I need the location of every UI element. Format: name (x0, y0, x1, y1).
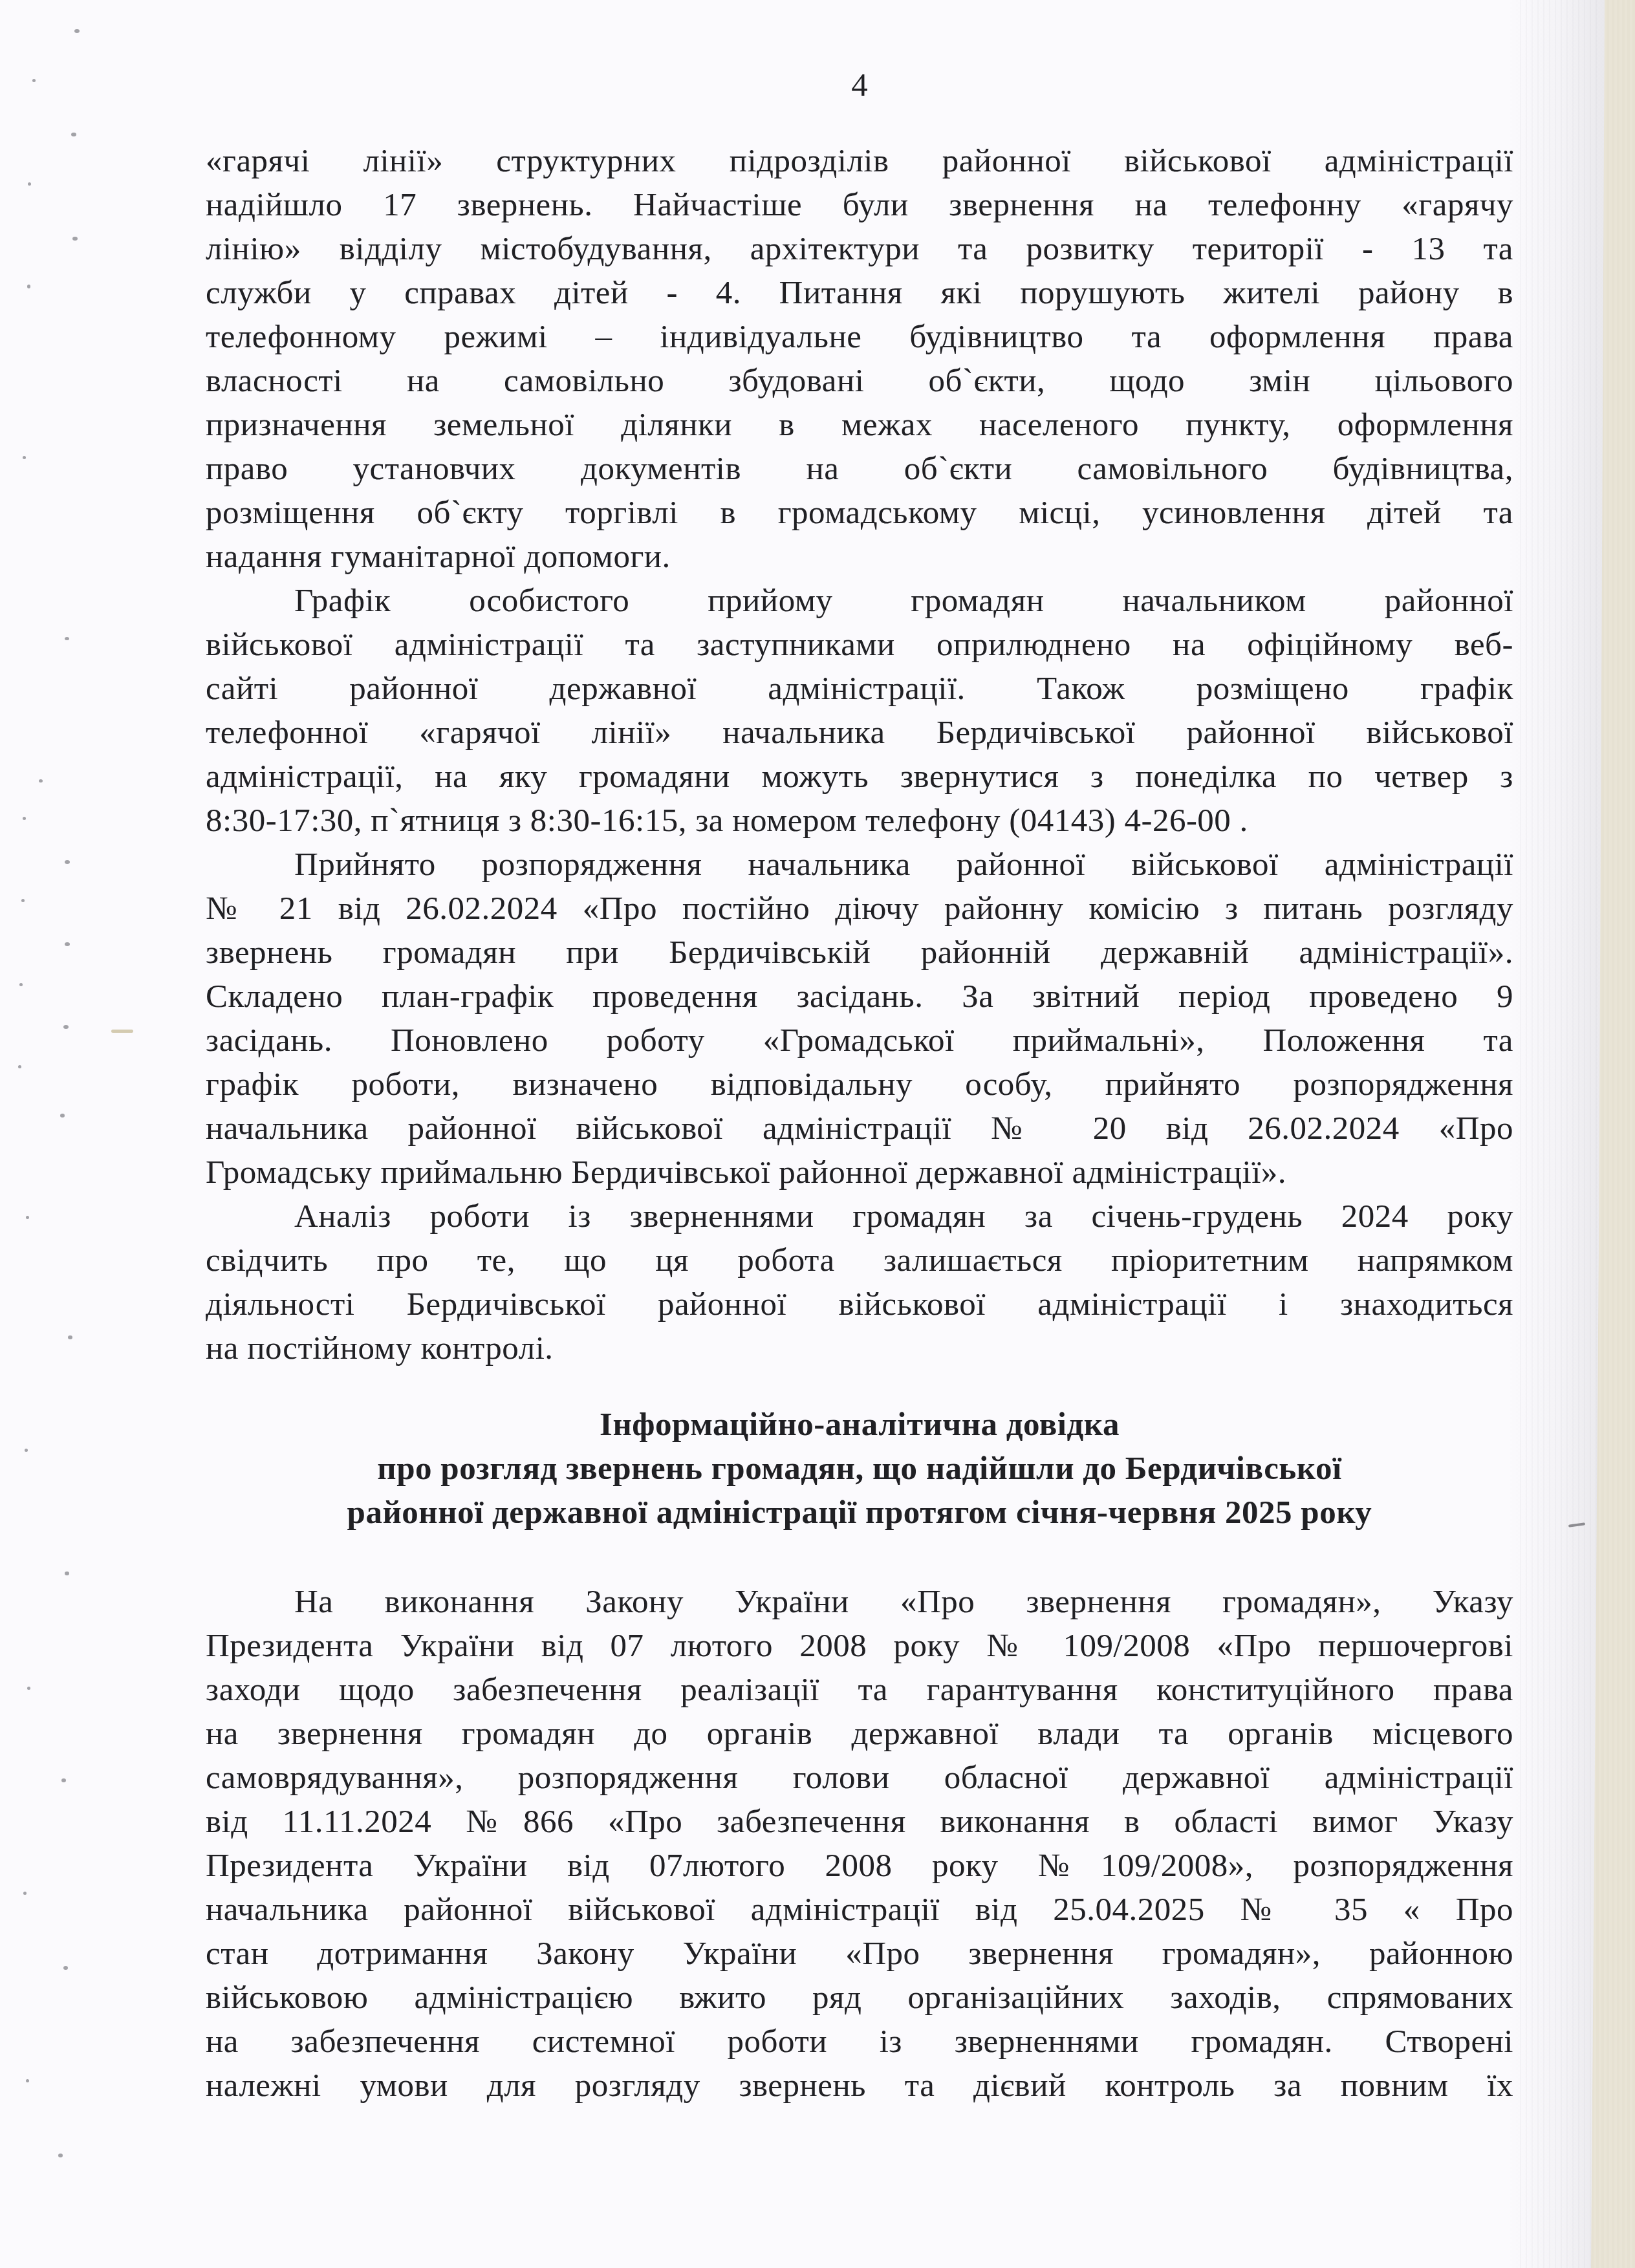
ink-speckle (32, 79, 36, 82)
text-line: діяльності Бердичівської районної військ… (206, 1282, 1513, 1326)
text-line: Графік особистого прийому громадян начал… (206, 579, 1513, 623)
ink-speckle (65, 637, 69, 640)
text-line: № 21 від 26.02.2024 «Про постійно діючу … (206, 887, 1513, 931)
paragraph: Прийнято розпорядження начальника районн… (206, 843, 1513, 1194)
ink-speckle (26, 1216, 29, 1219)
text-line: право установчих документів на об`єкти с… (206, 447, 1513, 491)
ink-speckle (63, 1966, 68, 1970)
ink-speckle (60, 1114, 65, 1118)
text-line: Прийнято розпорядження начальника районн… (206, 843, 1513, 887)
ink-speckle (23, 817, 26, 820)
ink-speckle (26, 2079, 29, 2082)
paragraph: «гарячі лінії» структурних підрозділів р… (206, 139, 1513, 579)
ink-speckle (21, 899, 25, 902)
text-line: надійшло 17 звернень. Найчастіше були зв… (206, 183, 1513, 227)
text-line: засідань. Поновлено роботу «Громадської … (206, 1019, 1513, 1063)
text-line: військовою адміністрацією вжито ряд орга… (206, 1976, 1513, 2020)
text-line: лінію» відділу містобудування, архітекту… (206, 227, 1513, 271)
page-edge-shadow (1507, 0, 1610, 2268)
ink-speckle (18, 1065, 21, 1068)
ink-speckle (68, 1335, 72, 1339)
ink-speckle (27, 285, 30, 288)
text-line: надання гуманітарної допомоги. (206, 535, 1513, 579)
paragraph: Графік особистого прийому громадян начал… (206, 579, 1513, 843)
text-line: Громадську приймальню Бердичівської райо… (206, 1150, 1513, 1194)
text-line: адміністрації, на яку громадяни можуть з… (206, 755, 1513, 799)
ink-speckle (63, 1025, 69, 1029)
text-line: на забезпечення системної роботи із звер… (206, 2020, 1513, 2064)
ink-speckle (65, 860, 70, 864)
ink-speckle (58, 2154, 63, 2157)
text-line: власності на самовільно збудовані об`єкт… (206, 359, 1513, 403)
text-line: Складено план-графік проведення засідань… (206, 975, 1513, 1019)
text-line: Інформаційно-аналітична довідка (206, 1403, 1513, 1447)
text-line: військової адміністрації та заступниками… (206, 623, 1513, 667)
text-line: Президента України від 07 лютого 2008 ро… (206, 1624, 1513, 1668)
text-line: начальника районної військової адміністр… (206, 1107, 1513, 1150)
text-line: від 11.11.2024 №866 «Про забезпечення ви… (206, 1800, 1513, 1844)
section-heading: Інформаційно-аналітична довідкапро розгл… (206, 1403, 1513, 1535)
document-body: «гарячі лінії» структурних підрозділів р… (206, 139, 1513, 2108)
text-line: Президента України від 07лютого 2008 рок… (206, 1844, 1513, 1888)
ink-speckle (19, 983, 23, 986)
text-line: на звернення громадян до органів державн… (206, 1712, 1513, 1756)
text-line: заходи щодо забезпечення реалізації та г… (206, 1668, 1513, 1712)
text-line: самоврядування», розпорядження голови об… (206, 1756, 1513, 1800)
page-number: 4 (206, 63, 1513, 107)
ink-speckle (72, 237, 78, 241)
ink-speckle (27, 1687, 30, 1690)
text-line: звернень громадян при Бердичівській райо… (206, 931, 1513, 975)
text-line: телефонної «гарячої лінії» начальника Бе… (206, 711, 1513, 755)
text-line: про розгляд звернень громадян, що надійш… (206, 1447, 1513, 1491)
text-line: начальника районної військової адміністр… (206, 1888, 1513, 1932)
text-line: Аналіз роботи із зверненнями громадян за… (206, 1194, 1513, 1238)
text-line: На виконання Закону України «Про звернен… (206, 1580, 1513, 1624)
ink-speckle (61, 1778, 66, 1782)
text-line: 8:30-17:30, п`ятниця з 8:30-16:15, за но… (206, 799, 1513, 843)
ink-speckle (65, 1571, 69, 1575)
text-line: графік роботи, визначено відповідальну о… (206, 1063, 1513, 1107)
ink-speckle (28, 182, 31, 186)
ink-speckle (71, 133, 76, 136)
scanned-document: { "colors": { "paper": "#fbfafd", "scann… (0, 0, 1635, 2268)
text-line: сайті районної державної адміністрації. … (206, 667, 1513, 711)
text-line: служби у справах дітей - 4. Питання які … (206, 271, 1513, 315)
paragraph: Аналіз роботи із зверненнями громадян за… (206, 1194, 1513, 1370)
ink-speckle (74, 29, 80, 33)
text-line: районної державної адміністрації протяго… (206, 1491, 1513, 1535)
paragraph: На виконання Закону України «Про звернен… (206, 1580, 1513, 2108)
text-line: стан дотримання Закону України «Про звер… (206, 1932, 1513, 1976)
ink-speckle (39, 779, 43, 783)
ink-speckle (65, 942, 70, 946)
paper-fiber (111, 1030, 133, 1033)
ink-speckle (25, 1449, 28, 1452)
ink-speckle (23, 1892, 27, 1895)
text-line: призначення земельної ділянки в межах на… (206, 403, 1513, 447)
paper-sheet: 4 «гарячі лінії» структурних підрозділів… (0, 0, 1635, 2268)
ink-speckle (23, 456, 26, 459)
text-line: «гарячі лінії» структурних підрозділів р… (206, 139, 1513, 183)
text-line: належні умови для розгляду звернень та д… (206, 2064, 1513, 2108)
text-line: розміщення об`єкту торгівлі в громадсько… (206, 491, 1513, 535)
text-line: на постійному контролі. (206, 1326, 1513, 1370)
text-line: телефонному режимі – індивідуальне будів… (206, 315, 1513, 359)
text-line: свідчить про те, що ця робота залишаєтьс… (206, 1238, 1513, 1282)
